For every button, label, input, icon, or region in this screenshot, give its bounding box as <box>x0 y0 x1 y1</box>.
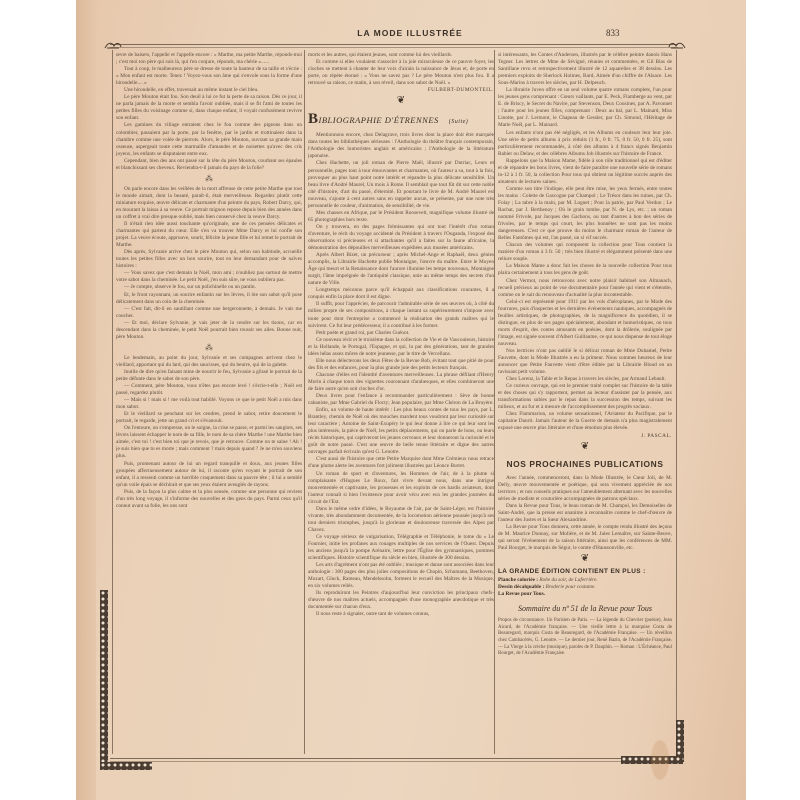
paragraph: — Comment, père Mouton, vous n'êtes pas … <box>116 383 302 397</box>
paragraph: — Je compte, observe le fou, sur un poli… <box>116 284 302 291</box>
paragraph: Deux livres pour l'enfance à recommander… <box>308 393 494 407</box>
paragraph: Après Albert Bizet, un précurseur ; aprè… <box>308 252 494 287</box>
heading-suite: (Suite) <box>449 119 469 125</box>
paragraph: Celui-ci est représenté pour 1911 par le… <box>498 299 672 348</box>
magazine-title: LA MODE ILLUSTRÉE <box>300 28 520 38</box>
grande-edition-heading: LA GRANDE ÉDITION CONTIENT EN PLUS : <box>498 568 672 575</box>
paragraph: C'est aussi de l'histoire que cette Peti… <box>308 456 494 470</box>
column-divider-1 <box>304 50 305 754</box>
paragraph: Puis, de la façon la plus calme et la pl… <box>116 489 302 510</box>
bottom-rule <box>110 758 678 762</box>
paragraph: Avec l'année, commenceront, dans la Mode… <box>498 475 672 503</box>
paragraph: — Mais si ! mais si ! me voilà tout habi… <box>116 397 302 411</box>
paragraph: Mes chasses en Afrique, par le Président… <box>308 210 494 224</box>
magazine-page: LA MODE ILLUSTRÉE 833 œvre de baisers, l… <box>76 0 746 800</box>
paragraph: Rappelons que la Maison Mame, fidèle à s… <box>498 158 672 186</box>
paragraph: Les enfants n'ont pas été négligés, et l… <box>498 130 672 158</box>
paragraph: Mentionnons encore, chez Delagrave, troi… <box>308 132 494 160</box>
floral-border-bottom-left <box>100 762 152 770</box>
paragraph: — C'est fait, dit-il en sautillant comme… <box>116 306 302 320</box>
paragraph: Un roman de sport et d'aventures, les Ho… <box>308 471 494 506</box>
grande-edition-item: Dessin décalquable : Broderie pour costu… <box>498 584 672 591</box>
column-border-right <box>676 50 677 754</box>
floral-border-left <box>100 590 108 768</box>
paragraph: Les gamines du village entraient chez le… <box>116 122 302 157</box>
paragraph: La Revue pour Tous donnera, cette année,… <box>498 524 672 552</box>
corner-flourish-icon <box>104 36 122 54</box>
paragraph: Inutile de dire qu'en faisant mine de no… <box>116 369 302 383</box>
paragraph: Dans la Revue pour Tous, le beau roman d… <box>498 503 672 524</box>
paragraph: Chez Lorenz, la Table et le Repas à trav… <box>498 376 672 383</box>
paragraph: Les arts d'agrément n'ont pas été oublié… <box>308 562 494 590</box>
ornament-icon: ❦ <box>498 440 672 454</box>
ornament-icon: ❦ <box>498 552 672 566</box>
paragraph: Chez Flammarion, un volume sensationnel,… <box>498 411 672 432</box>
author-signature: J. PASCAL. <box>498 433 672 440</box>
grande-edition-item: Planche coloriée : Robe du soir, de Lafe… <box>498 577 672 584</box>
paragraph: Ce nouveau récit et le troisième dans la… <box>308 337 494 358</box>
paragraph: Chez Hachette, un joli roman de Pierre M… <box>308 160 494 209</box>
paragraph: Comme son titre l'indique, elle peut êtr… <box>498 186 672 242</box>
paragraph: Il nous reste à signaler, outre tant de … <box>308 611 494 618</box>
paragraph: Il suffit, pour l'apprécier, de parcouri… <box>308 301 494 329</box>
paragraph: Longtemps méconnu parce qu'il échappait … <box>308 287 494 301</box>
paragraph: Le père Mouton était fou. Son deuil à lu… <box>116 94 302 122</box>
section-separator: ⁂ <box>116 172 302 186</box>
column-3: si intéressants, les Contes d'Andersen, … <box>498 52 672 756</box>
column-1: œvre de baisers, l'appelle et l'appelle … <box>116 52 302 756</box>
paragraph: œvre de baisers, l'appelle et l'appelle … <box>116 52 302 66</box>
section-separator: ⁂ <box>116 341 302 355</box>
paragraph: Ils reproduiront les Peintres d'aujourd'… <box>308 590 494 611</box>
paragraph: Cependant, bien des ans ont passé sur la… <box>116 158 302 172</box>
paragraph: On y trouvera, en des pages frémissantes… <box>308 224 494 252</box>
section-heading-publications: NOS PROCHAINES PUBLICATIONS <box>498 457 672 471</box>
page-number: 833 <box>606 28 620 38</box>
running-header: LA MODE ILLUSTRÉE 833 <box>76 28 746 42</box>
paragraph: Enfin, un volume de haute intérêt : Les … <box>308 407 494 456</box>
drop-cap: B <box>308 111 319 127</box>
paragraph: Puis, promenant autour de lui un regard … <box>116 461 302 489</box>
paragraph: si intéressants, les Contes d'Andersen, … <box>498 52 672 87</box>
paragraph: Et le vieillard se penchant sur les cend… <box>116 411 302 425</box>
paragraph: Elle nous délecterons les deux Fêtes de … <box>308 358 494 372</box>
paragraph: Tout à coup, le malheureux père se dress… <box>116 66 302 87</box>
ornament-icon: ❦ <box>308 94 494 108</box>
paragraph: Et comme si elles voulaient s'associer à… <box>308 59 494 87</box>
paragraph: Ce voyage sérieux de vulgarisation, Télé… <box>308 534 494 562</box>
page-fold-shadow <box>76 0 96 800</box>
paragraph: Dès après, Sylvanie arrive chez le père … <box>116 249 302 270</box>
column-border-left <box>112 50 113 754</box>
paragraph: Chacun des volumes qui composent la coll… <box>498 242 672 263</box>
paragraph: Nos lectrices n'ont pas oublié le si dél… <box>498 348 672 376</box>
column-divider-2 <box>494 50 495 754</box>
paragraph: La librairie Juven offre en un seul volu… <box>498 87 672 129</box>
paragraph: Le lendemain, au point du jour, Sylvanie… <box>116 355 302 369</box>
author-signature: FULBERT-DUMONTEIL. <box>308 87 494 94</box>
paragraph: Il n'était rien idée aussi touchante qu'… <box>116 221 302 249</box>
corner-flourish-icon <box>668 36 686 54</box>
paragraph: La Maison Mame a donc fait les choses de… <box>498 263 672 277</box>
paragraph: Chez Vermot, nous retrouvons avec notre … <box>498 278 672 299</box>
paragraph: — Vous savez que c'est demain la Noël, m… <box>116 270 302 284</box>
paragraph: Dans le même ordre d'idées, le Royaume d… <box>308 506 494 534</box>
paragraph: Petit poète et grand roi, par Charles Gu… <box>308 330 494 337</box>
top-rule <box>110 44 678 48</box>
sommaire-heading: Sommaire du nº 51 de la Revue pour Tous <box>498 602 672 615</box>
column-2: morts et les autres, qui étaient jeunes,… <box>308 52 494 756</box>
paragraph: On l'entoure, on s'empresse, on le soign… <box>116 425 302 460</box>
section-heading-bibliographie: BIBLIOGRAPHIE D'ÉTRENNES(Suite) <box>308 112 494 129</box>
paragraph: morts et les autres, qui étaient jeunes,… <box>308 52 494 59</box>
paper-stain <box>651 740 669 780</box>
paragraph: On parle encore dans les veillées de la … <box>116 186 302 221</box>
paragraph: Chacune d'elles est l'identité d'aventur… <box>308 372 494 393</box>
paragraph: — Et moi, déclare Sylvanie, je vais jete… <box>116 320 302 341</box>
paragraph: Ce curieux ouvrage, qui est le premier t… <box>498 383 672 411</box>
grande-edition-item: La Revue pour Tous. <box>498 591 672 598</box>
heading-text: IBLIOGRAPHIE D'ÉTRENNES <box>319 115 439 125</box>
paragraph: Et, le front rayonnant, un sourire enfan… <box>116 292 302 306</box>
sommaire-text: Propos de circonstance. Un Parisien de P… <box>498 618 672 658</box>
